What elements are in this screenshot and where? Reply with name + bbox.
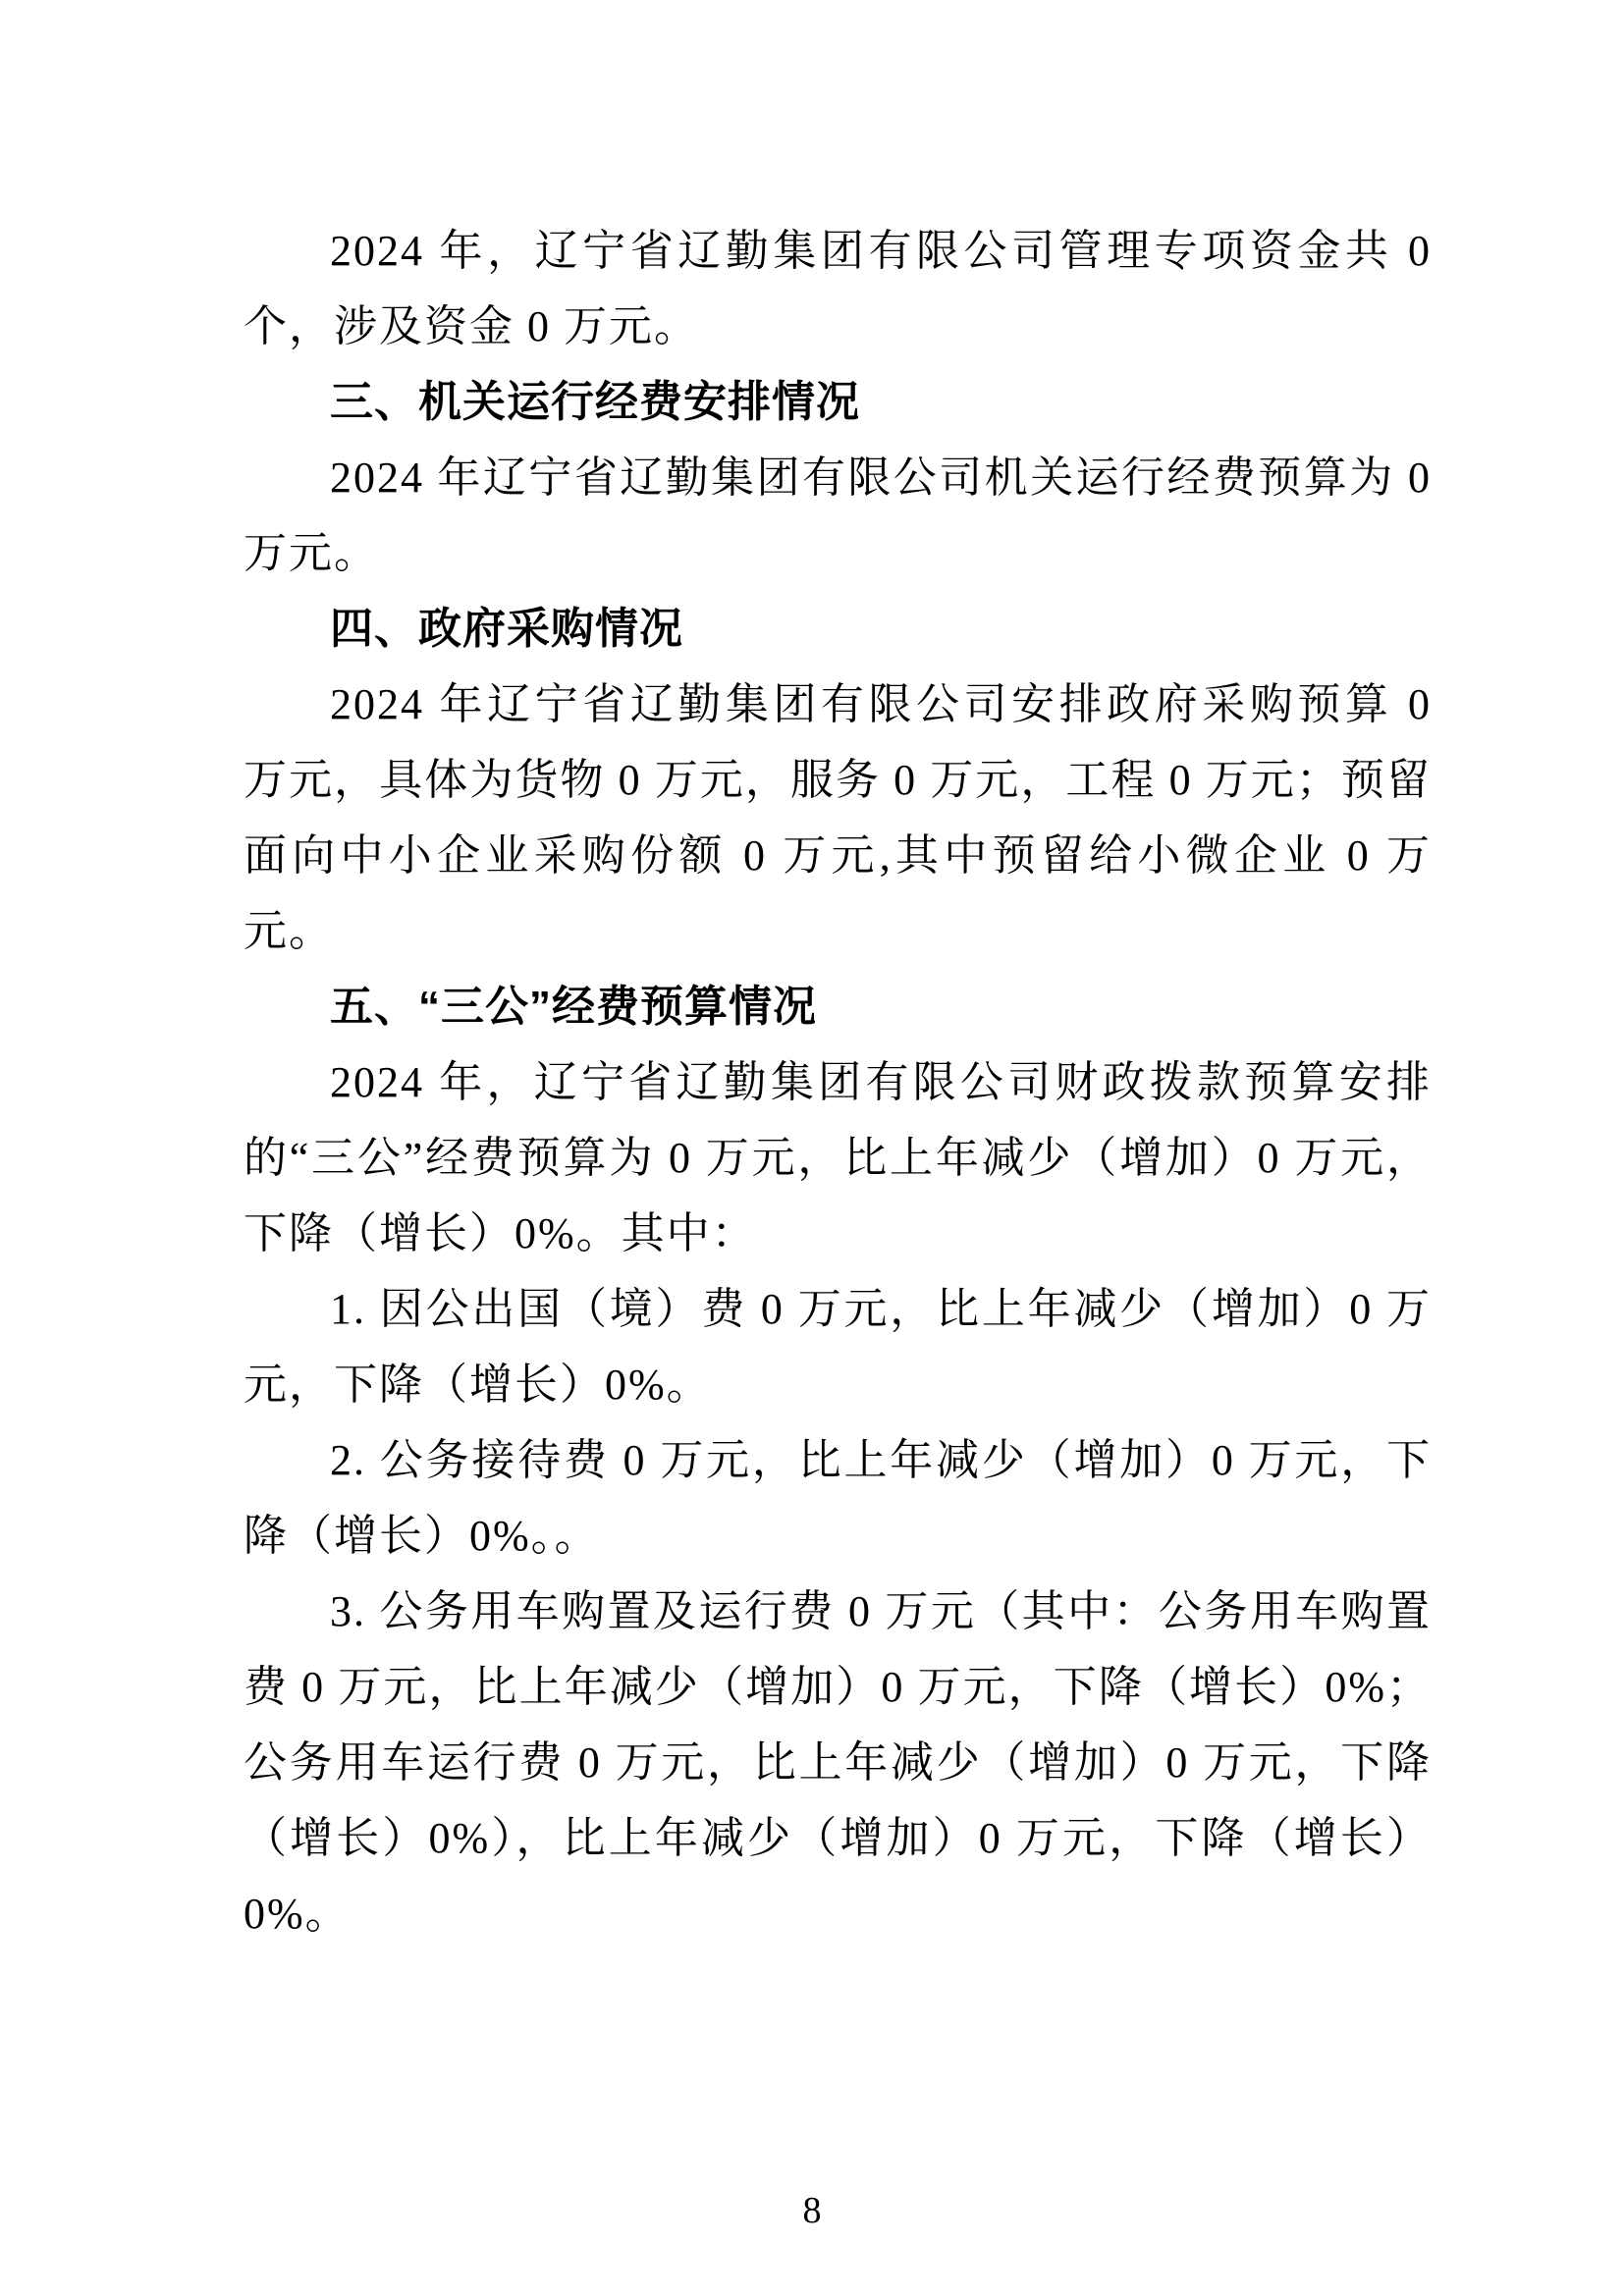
page-footer: 8	[0, 2187, 1624, 2234]
document-page: 2024 年，辽宁省辽勤集团有限公司管理专项资金共 0 个，涉及资金 0 万元。…	[0, 0, 1624, 2296]
body-paragraph: 2. 公务接待费 0 万元，比上年减少（增加）0 万元，下降（增长）0%。。	[244, 1422, 1432, 1574]
body-paragraph: 3. 公务用车购置及运行费 0 万元（其中：公务用车购置费 0 万元，比上年减少…	[244, 1574, 1432, 1951]
body-paragraph: 2024 年，辽宁省辽勤集团有限公司财政拨款预算安排的“三公”经费预算为 0 万…	[244, 1044, 1432, 1271]
body-paragraph: 1. 因公出国（境）费 0 万元，比上年减少（增加）0 万元，下降（增长）0%。	[244, 1271, 1432, 1422]
body-paragraph: 2024 年辽宁省辽勤集团有限公司机关运行经费预算为 0 万元。	[244, 440, 1432, 591]
section-heading: 五、“三公”经费预算情况	[244, 969, 1432, 1044]
body-paragraph: 2024 年，辽宁省辽勤集团有限公司管理专项资金共 0 个，涉及资金 0 万元。	[244, 213, 1432, 364]
body-paragraph: 2024 年辽宁省辽勤集团有限公司安排政府采购预算 0 万元，具体为货物 0 万…	[244, 667, 1432, 969]
document-body: 2024 年，辽宁省辽勤集团有限公司管理专项资金共 0 个，涉及资金 0 万元。…	[244, 213, 1432, 1951]
section-heading: 四、政府采购情况	[244, 591, 1432, 667]
section-heading: 三、机关运行经费安排情况	[244, 364, 1432, 440]
page-number: 8	[803, 2190, 822, 2231]
